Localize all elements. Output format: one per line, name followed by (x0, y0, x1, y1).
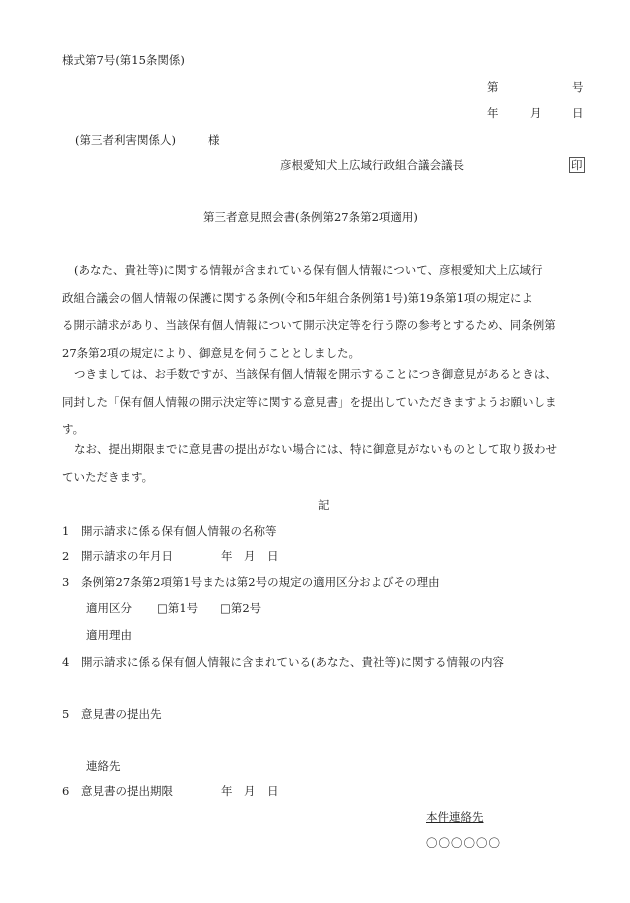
category-label: 適用区分 (86, 601, 132, 615)
reason-label: 適用理由 (86, 628, 132, 642)
category-option-2[interactable]: □第2号 (220, 601, 261, 615)
seal-stamp: 印 (569, 157, 585, 173)
recipient: (第三者利害関係人) (75, 133, 176, 147)
doc-number-prefix: 第 (487, 80, 499, 94)
item-2-date: 年 月 日 (221, 549, 279, 563)
paragraph-3: なお、提出期限までに意見書の提出がない場合には、特に御意見がないものとして取り扱… (62, 436, 587, 491)
item-4-text: 開示請求に係る保有個人情報に含まれている(あなた、貴社等)に関する情報の内容 (81, 655, 504, 669)
item-2-number: 2 (62, 549, 69, 563)
item-3-number: 3 (62, 575, 69, 589)
item-6-date: 年 月 日 (221, 784, 279, 798)
item-1-text: 開示請求に係る保有個人情報の名称等 (81, 524, 277, 538)
item-6-text: 意見書の提出期限 (81, 784, 173, 798)
contact-label: 連絡先 (86, 759, 121, 773)
contact-value: 〇〇〇〇〇〇 (426, 836, 501, 850)
item-4-number: 4 (62, 655, 69, 669)
paragraph-1: (あなた、貴社等)に関する情報が含まれている保有個人情報について、彦根愛知犬上広… (62, 257, 587, 367)
recipient-honorific: 様 (208, 133, 220, 147)
document-title: 第三者意見照会書(条例第27条第2項適用) (203, 210, 418, 224)
item-6-number: 6 (62, 784, 69, 798)
item-2-text: 開示請求の年月日 (81, 549, 173, 563)
date-year: 年 (487, 106, 499, 120)
sender: 彦根愛知犬上広域行政組合議会議長 (280, 158, 464, 172)
date-month: 月 (530, 106, 542, 120)
category-option-1[interactable]: □第1号 (157, 601, 198, 615)
form-label: 様式第7号(第15条関係) (62, 53, 185, 67)
item-3-text: 条例第27条第2項第1号または第2号の規定の適用区分およびその理由 (81, 575, 440, 589)
contact-heading: 本件連絡先 (426, 810, 484, 824)
notes-heading: 記 (318, 498, 330, 512)
item-5-number: 5 (62, 707, 69, 721)
item-1-number: 1 (62, 524, 69, 538)
item-5-text: 意見書の提出先 (81, 707, 162, 721)
date-day: 日 (572, 106, 584, 120)
doc-number-suffix: 号 (572, 80, 584, 94)
paragraph-2: つきましては、お手数ですが、当該保有個人情報を開示することにつき御意見があるとき… (62, 361, 587, 444)
